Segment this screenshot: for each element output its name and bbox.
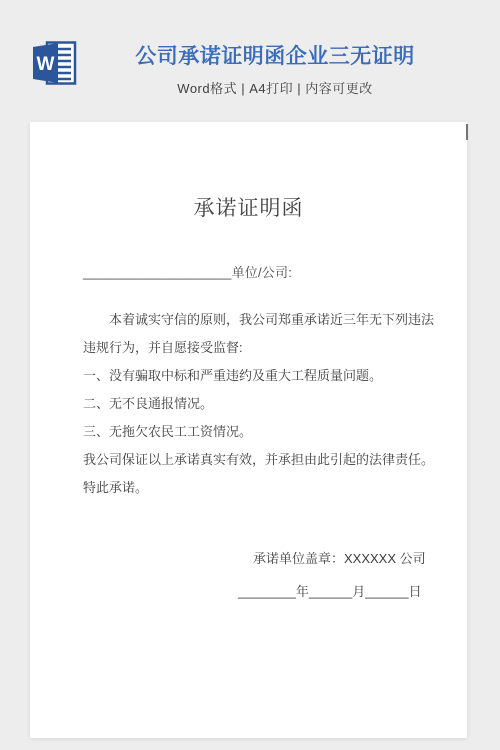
header-text: 公司承诺证明函企业三无证明 Word格式 | A4打印 | 内容可更改 bbox=[110, 44, 440, 97]
signature-block: 承诺单位盖章：XXXXXX 公司 ________年______月______日 bbox=[30, 542, 467, 608]
body-line: 二、无不良通报情况。 bbox=[83, 390, 450, 418]
body-line: 我公司保证以上承诺真实有效，并承担由此引起的法律责任。 bbox=[83, 446, 450, 474]
scrollbar-thumb[interactable] bbox=[466, 124, 468, 140]
date-line: ________年______月______日 bbox=[238, 575, 467, 608]
screen: W 公司承诺证明函企业三无证明 Word格式 | A4打印 | 内容可更改 承诺… bbox=[0, 0, 500, 750]
body-line: 一、没有骗取中标和严重违约及重大工程质量问题。 bbox=[83, 362, 450, 390]
page-title: 公司承诺证明函企业三无证明 bbox=[110, 44, 440, 70]
document-body: 本着诚实守信的原则，我公司郑重承诺近三年无下列违法 违规行为，并自愿接受监督: … bbox=[83, 306, 450, 502]
page-subtitle: Word格式 | A4打印 | 内容可更改 bbox=[110, 78, 440, 97]
body-line: 违规行为，并自愿接受监督: bbox=[83, 334, 450, 362]
document-page: 承诺证明函 ____________________单位/公司: 本着诚实守信的… bbox=[30, 122, 467, 738]
word-icon-letter: W bbox=[37, 54, 55, 75]
header: W 公司承诺证明函企业三无证明 Word格式 | A4打印 | 内容可更改 bbox=[0, 0, 500, 122]
document-title: 承诺证明函 bbox=[30, 122, 467, 222]
body-line: 三、无拖欠农民工工资情况。 bbox=[83, 418, 450, 446]
body-line: 本着诚实守信的原则，我公司郑重承诺近三年无下列违法 bbox=[83, 306, 450, 334]
unit-company-line: ____________________单位/公司: bbox=[83, 262, 467, 281]
word-icon: W bbox=[30, 40, 80, 86]
body-line: 特此承诺。 bbox=[83, 474, 450, 502]
stamp-line: 承诺单位盖章：XXXXXX 公司 bbox=[253, 542, 467, 575]
